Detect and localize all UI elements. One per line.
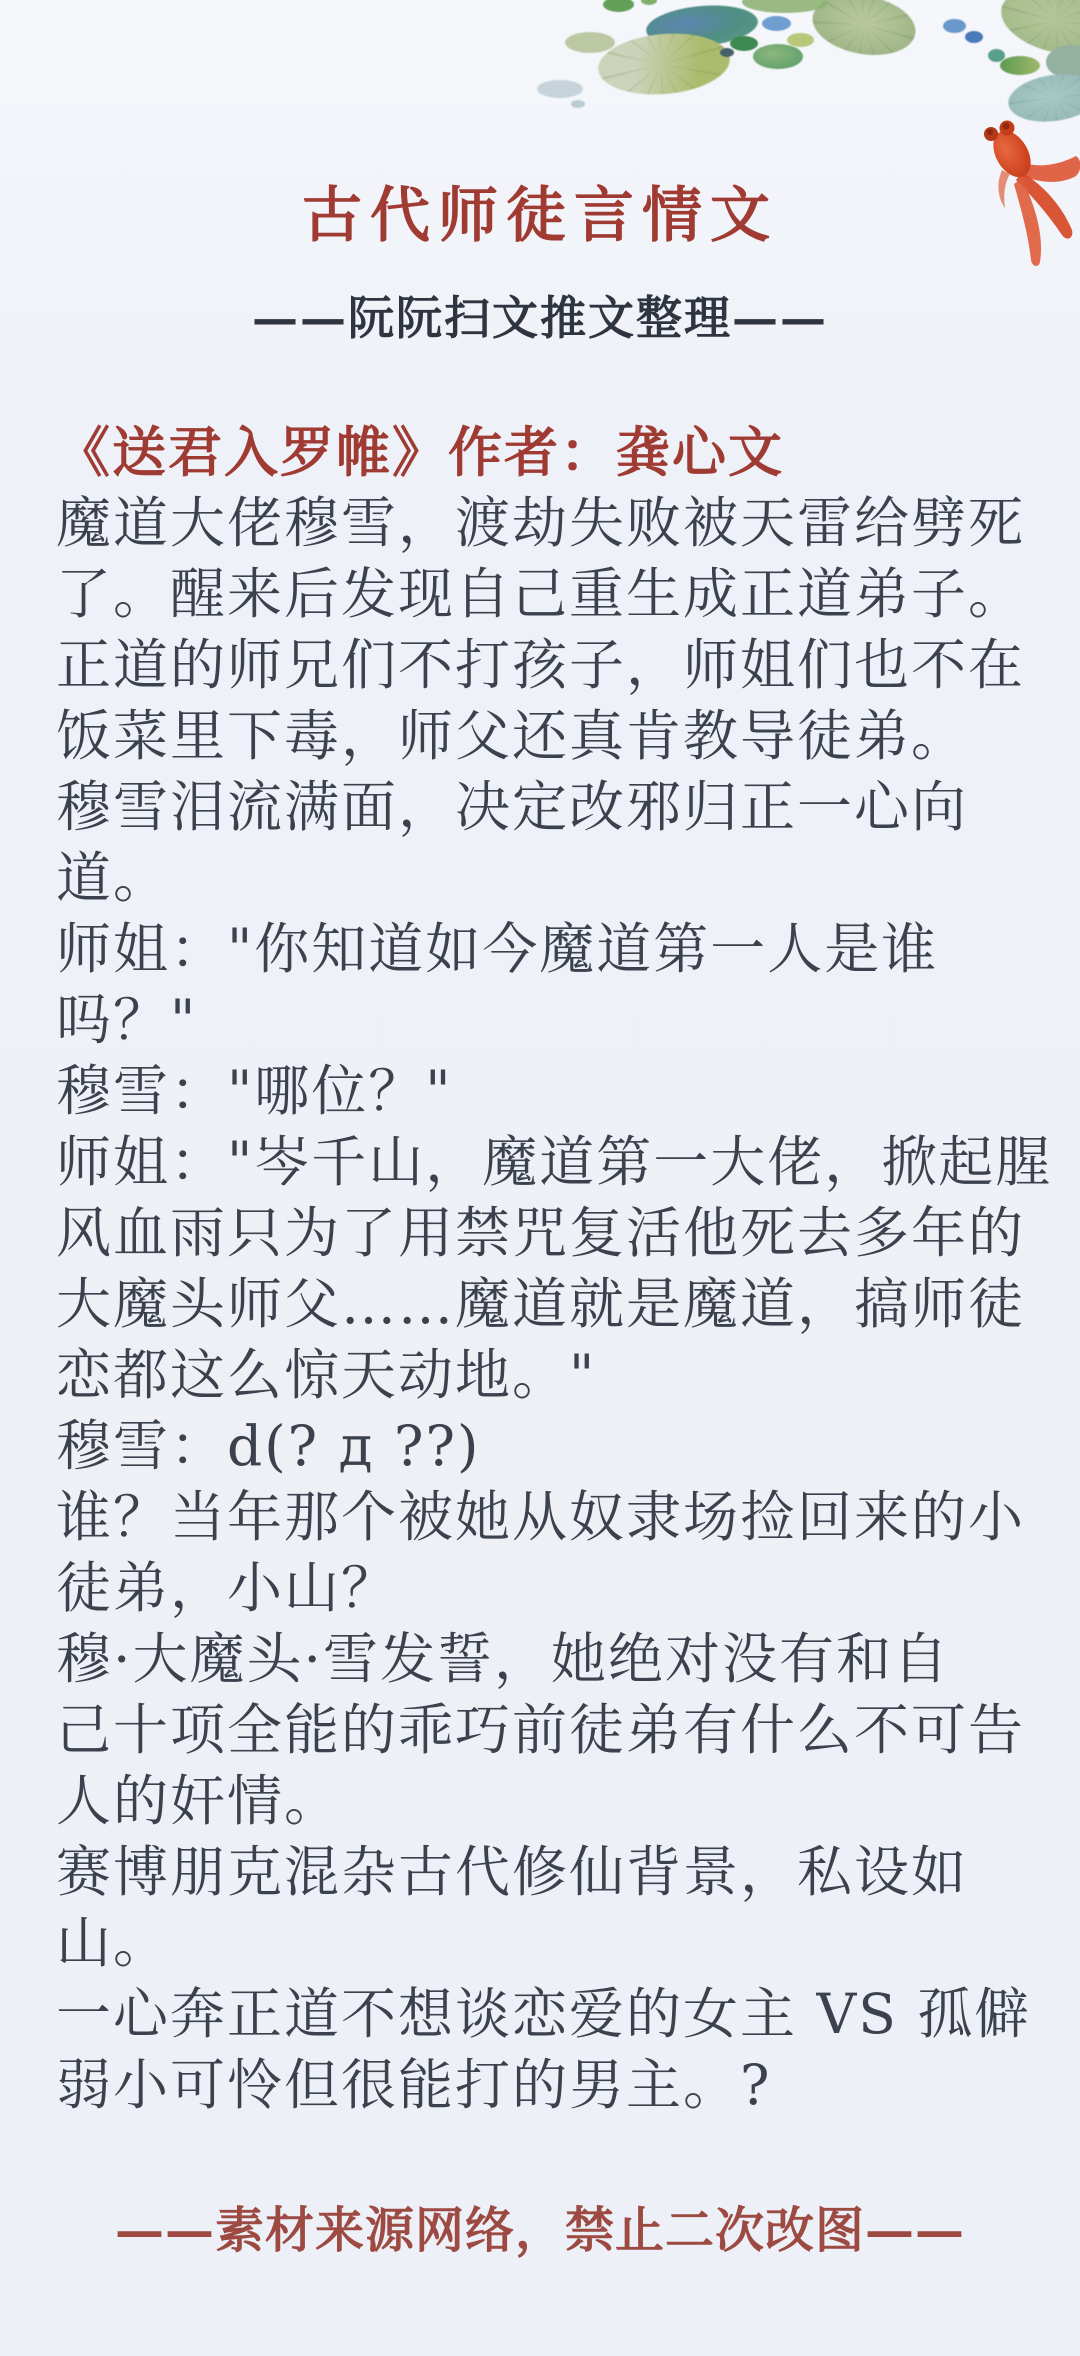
footer-note: ——素材来源网络，禁止二次改图—— [0,2192,1080,2262]
lotus-leaf-icon [808,0,920,63]
lotus-leaf-icon [720,48,734,57]
lotus-leaf-icon [762,16,791,31]
page-title: 古代师徒言情文 [0,168,1080,254]
description-line: 师姐："岑千山，魔道第一大佬，掀起腥 [56,1127,1036,1198]
description-line: 了。醒来后发现自己重生成正道弟子。 [56,559,1036,630]
description-line: 穆·大魔头·雪发誓，她绝对没有和自 [56,1624,1036,1695]
description-line: 穆雪泪流满面，决定改邪归正一心向 [56,772,1036,843]
description-line: 己十项全能的乖巧前徒弟有什么不可告 [56,1695,1036,1766]
lotus-leaf-icon [596,28,733,99]
lotus-leaf-icon [565,32,615,53]
lotus-leaf-icon [571,100,585,108]
description-line: 吗？" [56,985,1036,1056]
description-line: 徒弟，小山？ [56,1553,1036,1624]
lotus-leaf-icon [1000,56,1040,75]
description-line: 山。 [56,1908,1036,1979]
book-description: 魔道大佬穆雪，渡劫失败被天雷给劈死 了。醒来后发现自己重生成正道弟子。 正道的师… [56,488,1036,2121]
lotus-leaf-icon [537,80,583,98]
description-line: 弱小可怜但很能打的男主。? [56,2050,1036,2121]
description-line: 饭菜里下毒，师父还真肯教导徒弟。 [56,701,1036,772]
lotus-leaf-icon [603,0,634,12]
description-line: 赛博朋克混杂古代修仙背景，私设如 [56,1837,1036,1908]
book-recommendation: 《送君入罗帷》作者：龚心文 魔道大佬穆雪，渡劫失败被天雷给劈死 了。醒来后发现自… [56,416,1036,2121]
description-line: 正道的师兄们不打孩子，师姐们也不在 [56,630,1036,701]
description-line: 人的奸情。 [56,1766,1036,1837]
lotus-leaf-icon [753,44,803,69]
description-line: 穆雪："哪位？" [56,1056,1036,1127]
description-line: 大魔头师父……魔道就是魔道，搞师徒 [56,1269,1036,1340]
description-line: 恋都这么惊天动地。" [56,1340,1036,1411]
book-title: 《送君入罗帷》作者：龚心文 [56,416,1036,488]
description-line: 谁？当年那个被她从奴隶场捡回来的小 [56,1482,1036,1553]
description-line: 一心奔正道不想谈恋爱的女主 VS 孤僻 [56,1979,1036,2050]
description-line: 魔道大佬穆雪，渡劫失败被天雷给劈死 [56,488,1036,559]
lotus-leaf-icon [730,36,758,51]
lotus-leaf-icon [965,31,983,43]
description-line: 风血雨只为了用禁咒复活他死去多年的 [56,1198,1036,1269]
description-line: 穆雪：d(? д ??) [56,1411,1036,1482]
description-line: 师姐："你知道如今魔道第一人是谁 [56,914,1036,985]
lotus-leaf-icon [641,0,657,5]
poster-page: 古代师徒言情文 ——阮阮扫文推文整理—— 《送君入罗帷》作者：龚心文 魔道大佬穆… [0,0,1080,2356]
lotus-leaf-icon [943,19,966,33]
page-subtitle: ——阮阮扫文推文整理—— [0,282,1080,348]
description-line: 道。 [56,843,1036,914]
